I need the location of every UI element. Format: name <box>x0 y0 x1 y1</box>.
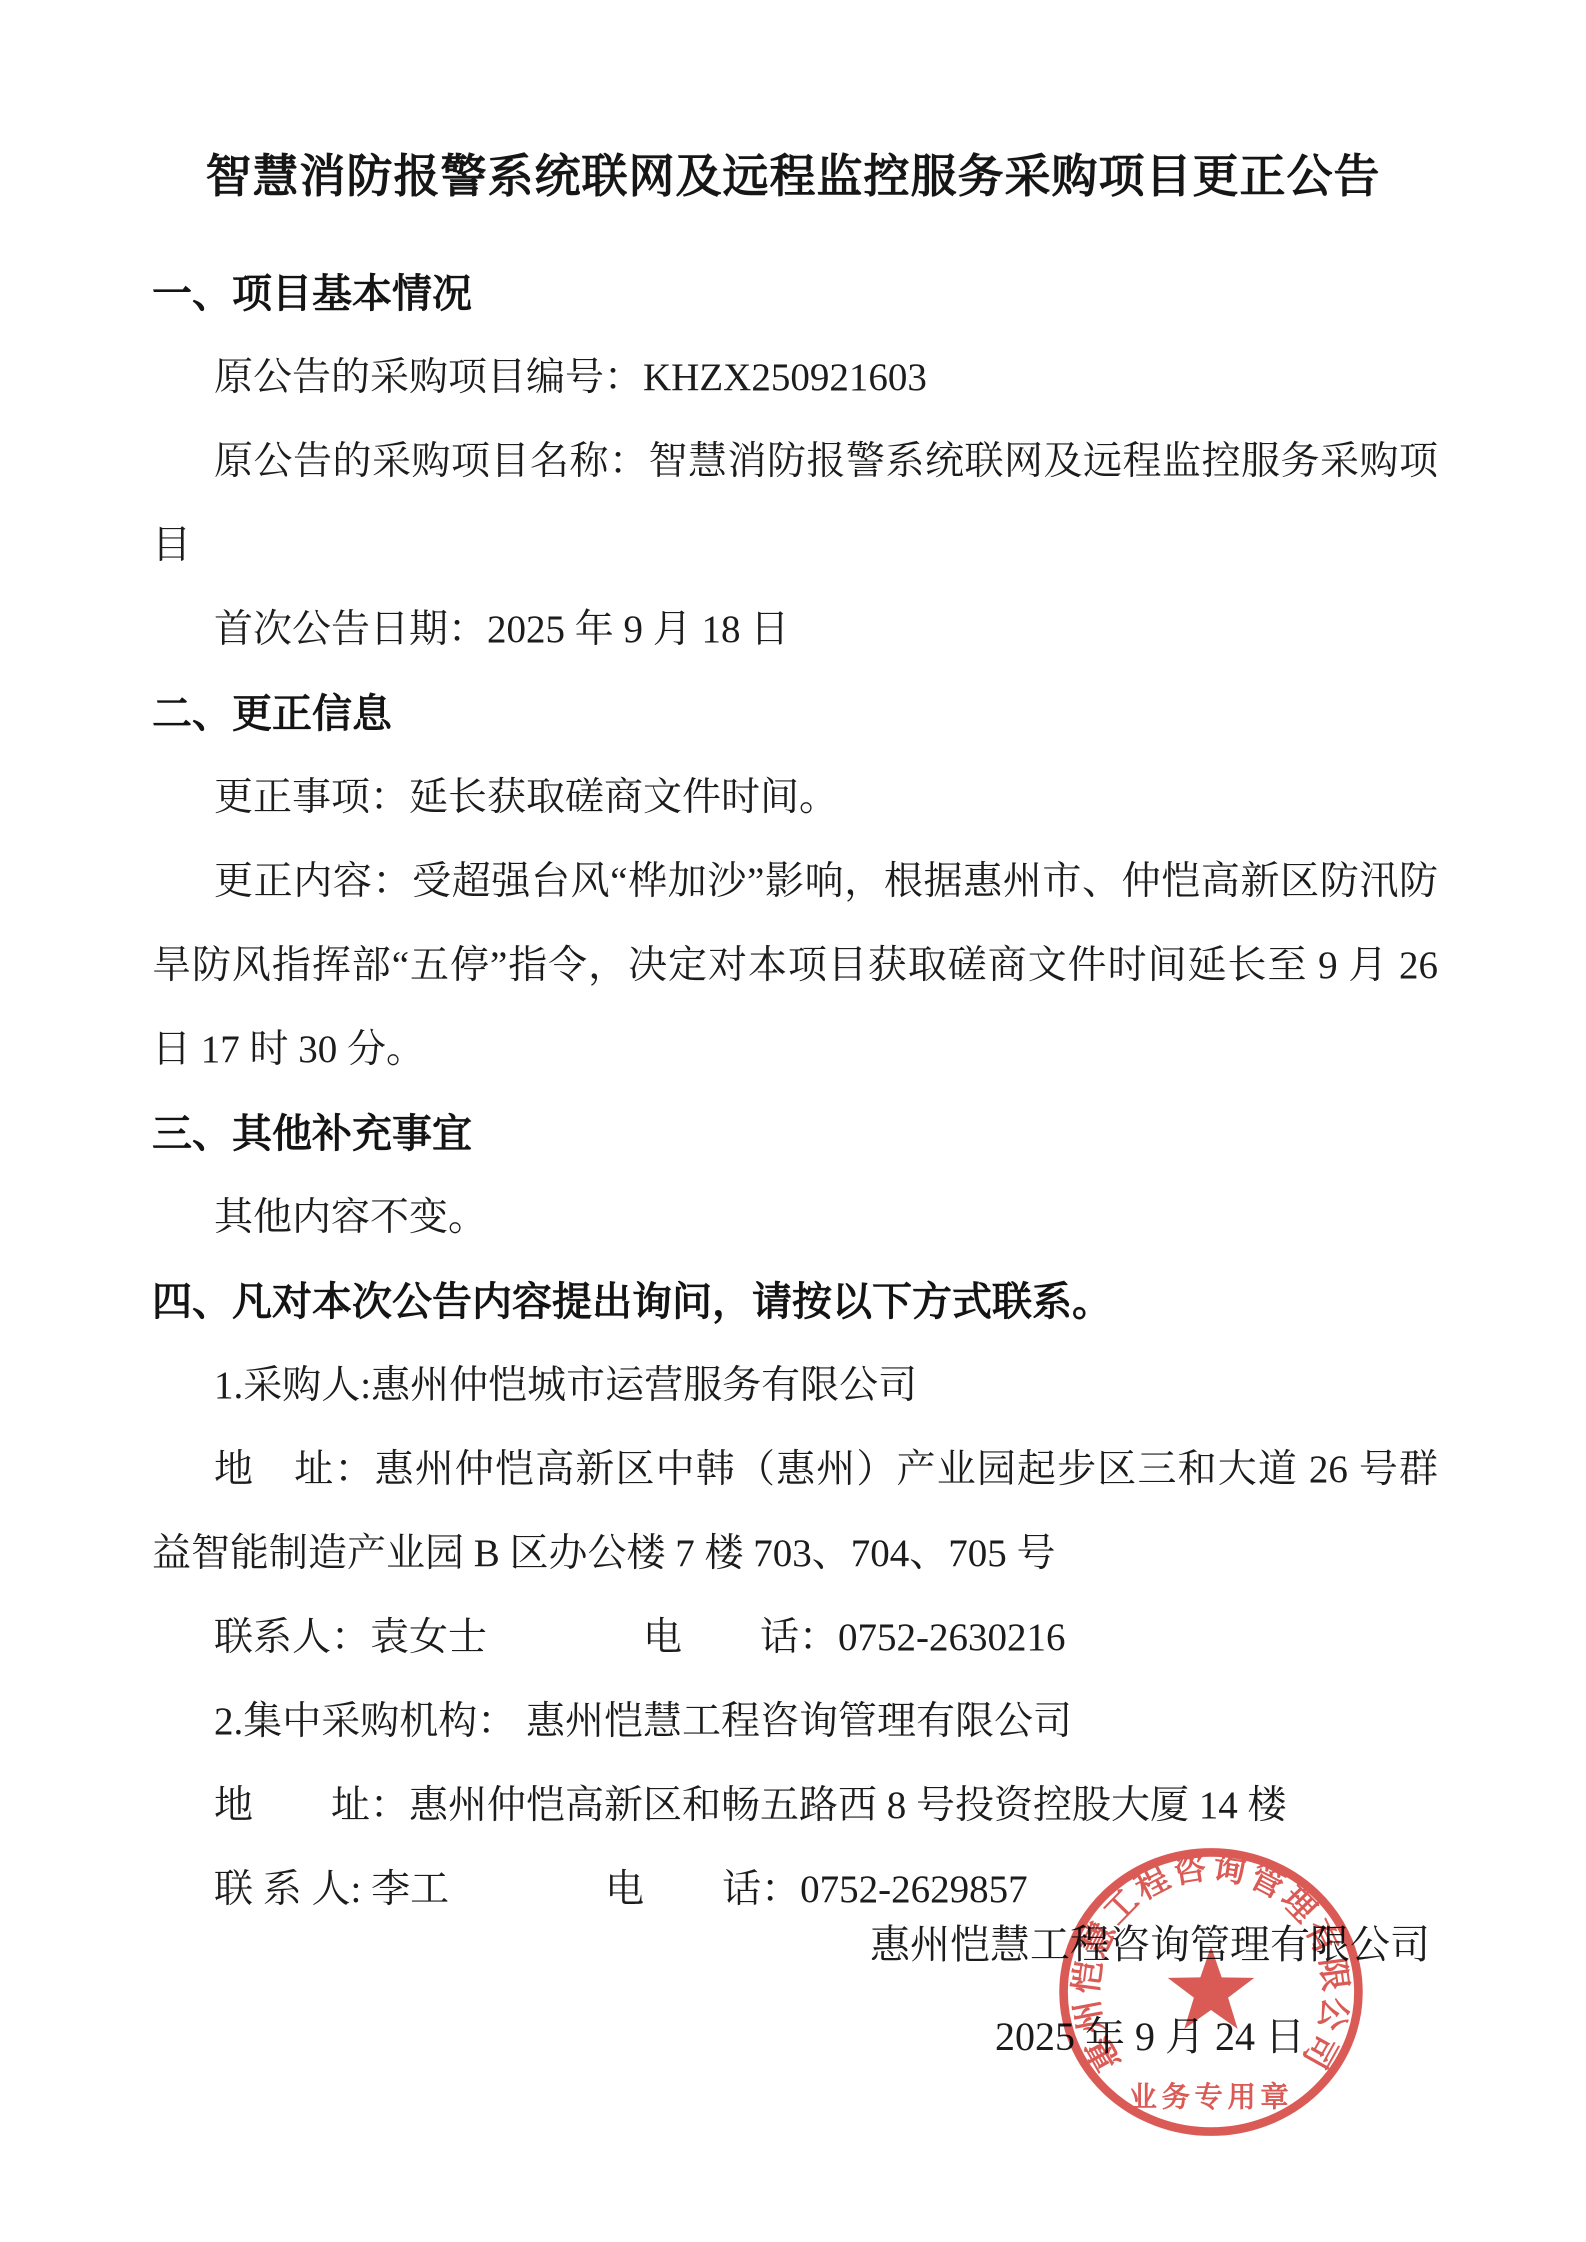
sections: 一、项目基本情况 原公告的采购项目编号：KHZX250921603 原公告的采购… <box>152 252 1438 1932</box>
page: 智慧消防报警系统联网及远程监控服务采购项目更正公告 一、项目基本情况 原公告的采… <box>0 0 1586 2242</box>
seal-star-icon <box>1168 1947 1255 2029</box>
paragraph: 地 址：惠州仲恺高新区和畅五路西 8 号投资控股大厦 14 楼 <box>152 1764 1438 1848</box>
seal-graphic: 惠州恺慧工程咨询管理有限公司 业务专用章 <box>1052 1843 1370 2141</box>
section: 二、更正信息 更正事项：延长获取磋商文件时间。 更正内容：受超强台风“桦加沙”影… <box>152 672 1438 1092</box>
seal-bottom-text: 业务专用章 <box>1129 2080 1294 2112</box>
section: 一、项目基本情况 原公告的采购项目编号：KHZX250921603 原公告的采购… <box>152 252 1438 672</box>
paragraph: 原公告的采购项目名称：智慧消防报警系统联网及远程监控服务采购项目 <box>152 420 1438 588</box>
document-title: 智慧消防报警系统联网及远程监控服务采购项目更正公告 <box>0 140 1586 206</box>
section-heading: 二、更正信息 <box>152 672 1438 756</box>
section-heading: 一、项目基本情况 <box>152 252 1438 336</box>
paragraph: 联系人：袁女士 电 话：0752-2630216 <box>152 1596 1438 1680</box>
section: 四、凡对本次公告内容提出询问，请按以下方式联系。 1.采购人:惠州仲恺城市运营服… <box>152 1260 1438 1932</box>
document-body: 一、项目基本情况 原公告的采购项目编号：KHZX250921603 原公告的采购… <box>152 252 1438 1932</box>
paragraph: 首次公告日期：2025 年 9 月 18 日 <box>152 588 1438 672</box>
section-heading: 三、其他补充事宜 <box>152 1092 1438 1176</box>
paragraph: 更正内容：受超强台风“桦加沙”影响，根据惠州市、仲恺高新区防汛防旱防风指挥部“五… <box>152 840 1438 1092</box>
paragraph: 其他内容不变。 <box>152 1176 1438 1260</box>
section: 三、其他补充事宜 其他内容不变。 <box>152 1092 1438 1260</box>
paragraph: 原公告的采购项目编号：KHZX250921603 <box>152 336 1438 420</box>
paragraph: 2.集中采购机构： 惠州恺慧工程咨询管理有限公司 <box>152 1680 1438 1764</box>
paragraph: 地 址：惠州仲恺高新区中韩（惠州）产业园起步区三和大道 26 号群益智能制造产业… <box>152 1428 1438 1596</box>
paragraph: 更正事项：延长获取磋商文件时间。 <box>152 756 1438 840</box>
company-seal: 惠州恺慧工程咨询管理有限公司 业务专用章 <box>1052 1843 1370 2141</box>
section-heading: 四、凡对本次公告内容提出询问，请按以下方式联系。 <box>152 1260 1438 1344</box>
paragraph: 1.采购人:惠州仲恺城市运营服务有限公司 <box>152 1344 1438 1428</box>
